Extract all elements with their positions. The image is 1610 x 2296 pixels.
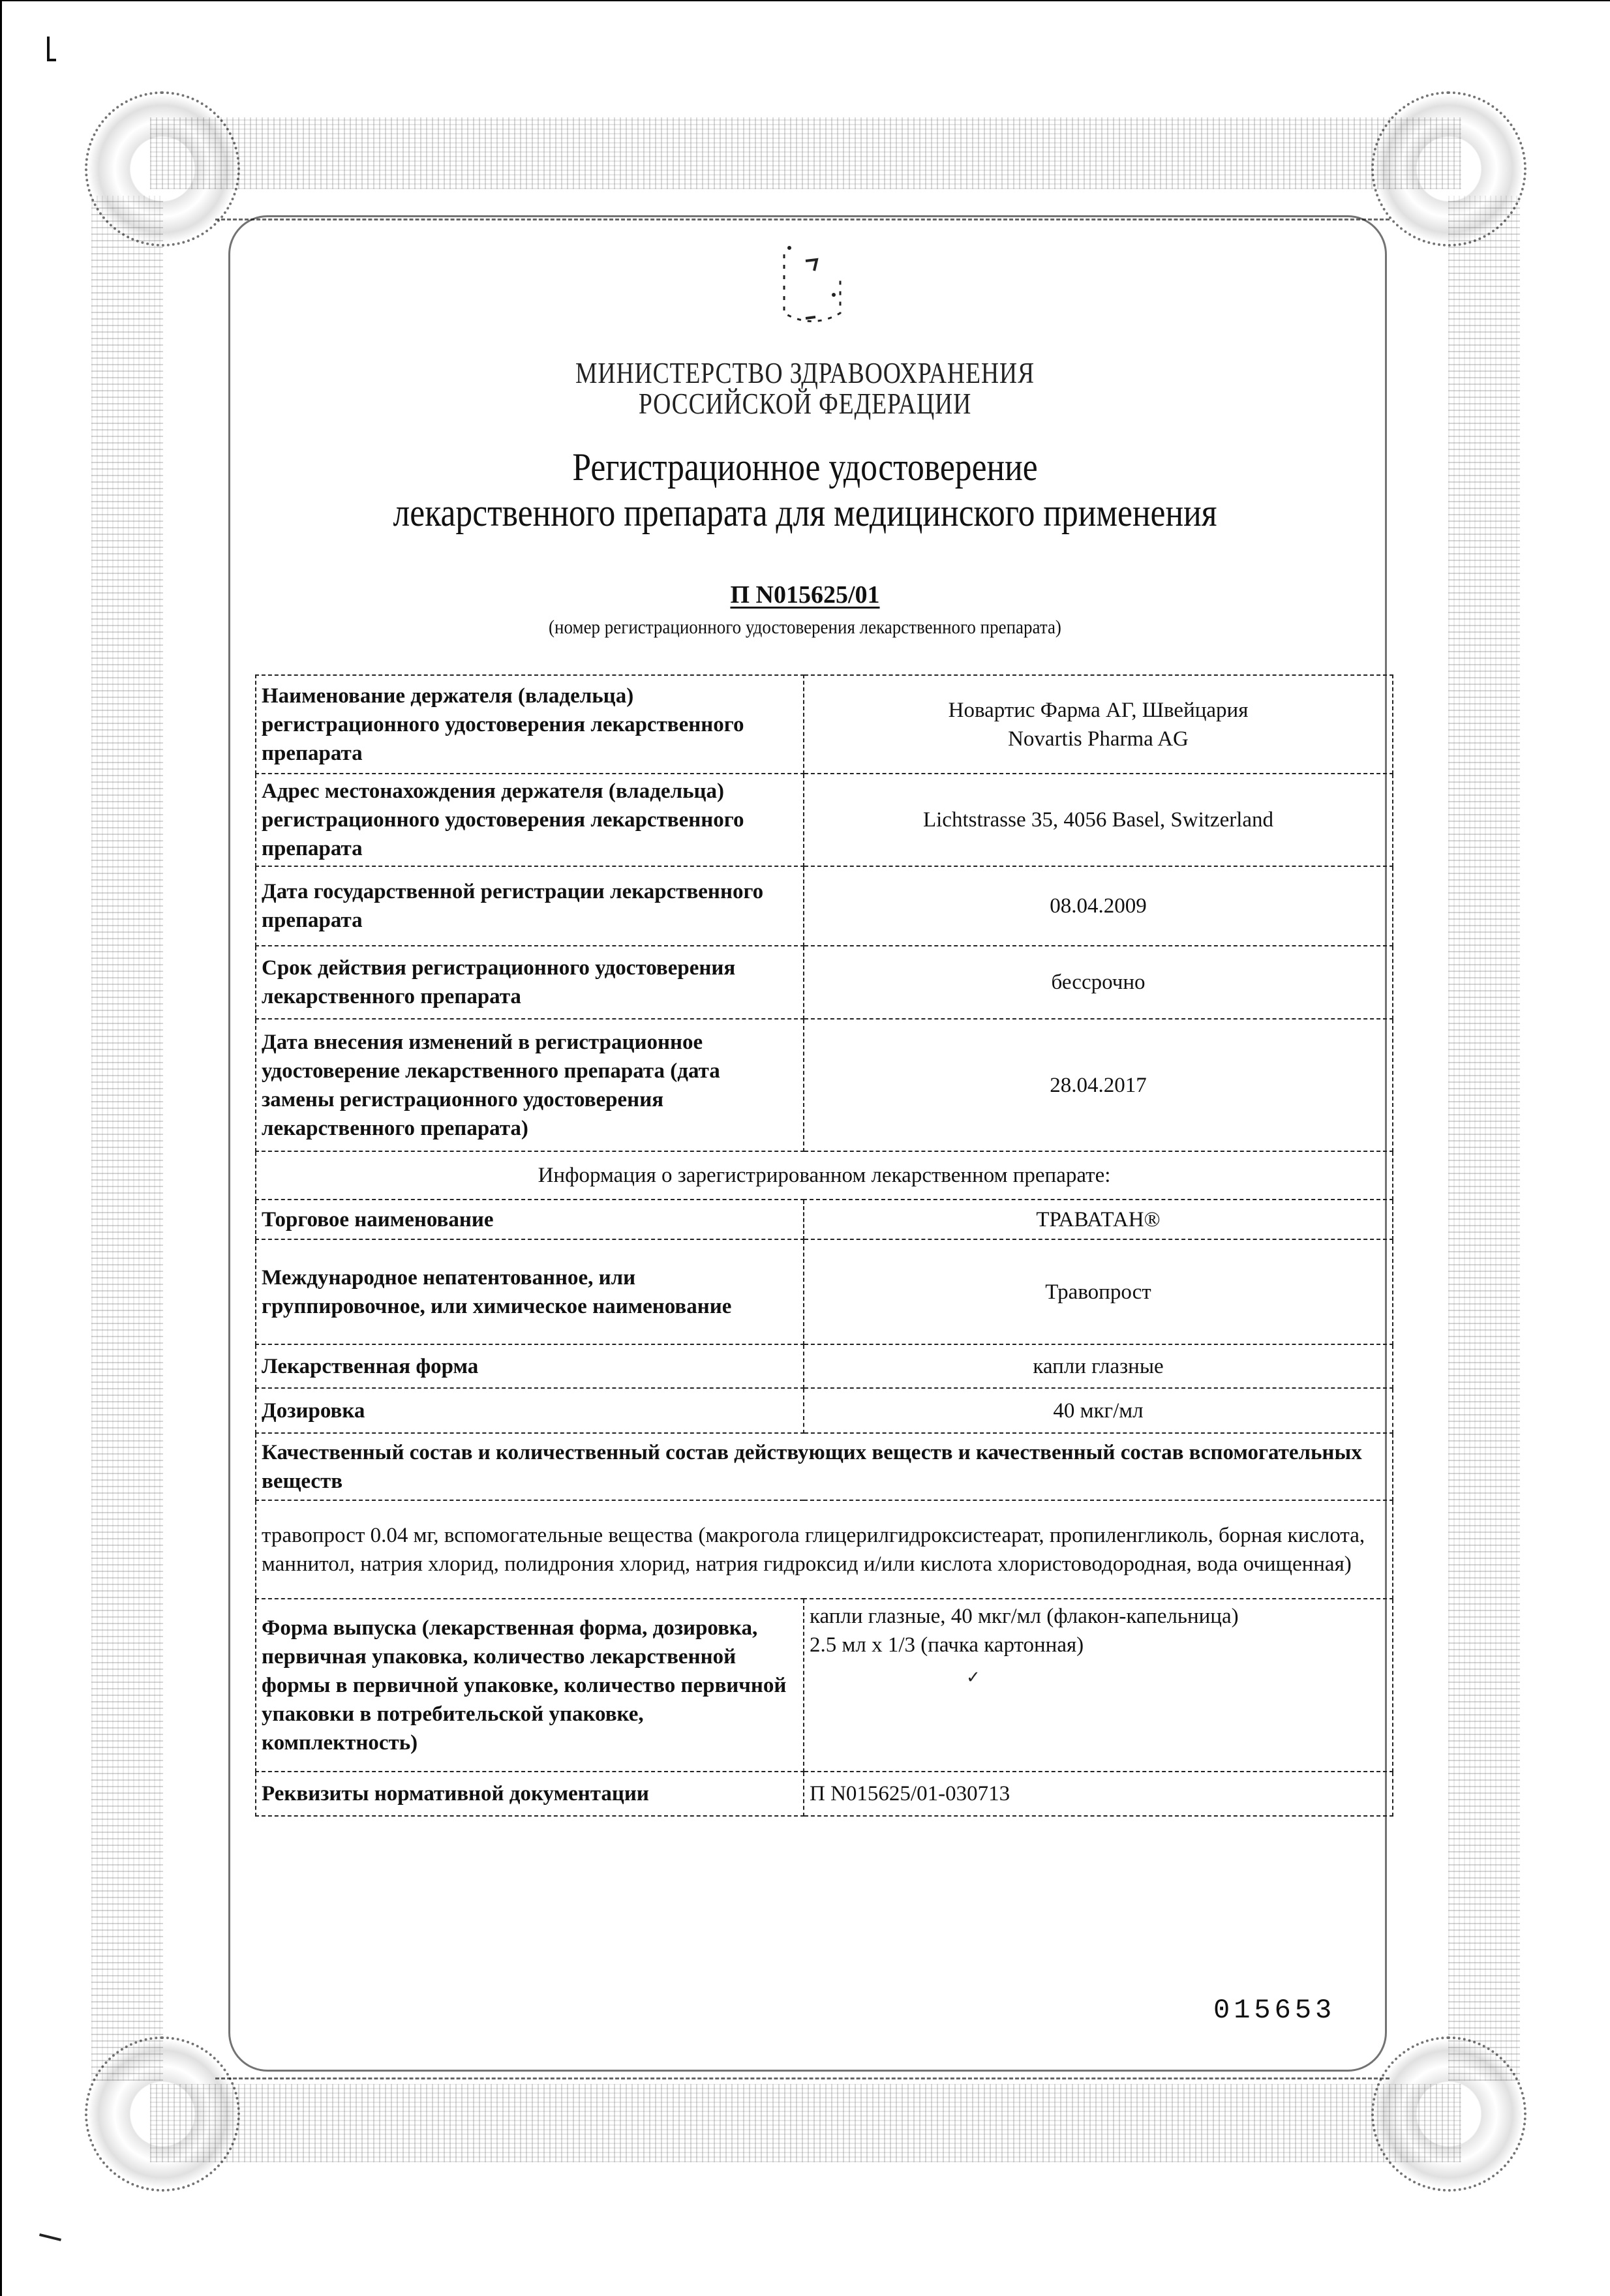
table-row-inn: Международное непатентованное, или групп…	[256, 1239, 1393, 1344]
dosage-form-label: Лекарственная форма	[256, 1344, 804, 1388]
coat-of-arms-emblem-icon	[776, 241, 848, 333]
composition-text: травопрост 0.04 мг, вспомогательные веще…	[256, 1500, 1393, 1599]
dosage-label: Дозировка	[256, 1388, 804, 1433]
release-form-label: Форма выпуска (лекарственная форма, дози…	[256, 1599, 804, 1772]
table-row-composition-header: Качественный состав и количественный сос…	[256, 1433, 1393, 1500]
table-row-composition-text: травопрост 0.04 мг, вспомогательные веще…	[256, 1500, 1393, 1599]
holder-name-label: Наименование держателя (владельца) регис…	[256, 675, 804, 774]
inn-value: Травопрост	[804, 1239, 1393, 1344]
ministry-name-line2: РОССИЙСКОЙ ФЕДЕРАЦИИ	[145, 386, 1465, 421]
ministry-name-line1: МИНИСТЕРСТВО ЗДРАВООХРАНЕНИЯ	[145, 355, 1465, 390]
holder-name-ru: Новартис Фарма АГ, Швейцария	[810, 696, 1387, 725]
trade-name-value: ТРАВАТАН®	[804, 1200, 1393, 1239]
rosette-ornament-icon	[85, 91, 240, 247]
table-row-trade-name: Торговое наименование ТРАВАТАН®	[256, 1200, 1393, 1239]
release-form-value: капли глазные, 40 мкг/мл (флакон-капельн…	[804, 1599, 1393, 1772]
document-title-line2: лекарственного препарата для медицинског…	[113, 491, 1497, 536]
frame-rule-top	[215, 219, 1390, 220]
rosette-ornament-icon	[1371, 91, 1526, 247]
table-row-holder-address: Адрес местонахождения держателя (владель…	[256, 774, 1393, 866]
dosage-value: 40 мкг/мл	[804, 1388, 1393, 1433]
certificate-table: Наименование держателя (владельца) регис…	[255, 674, 1393, 1817]
document-title-line1: Регистрационное удостоверение	[113, 445, 1497, 490]
holder-address-value: Lichtstrasse 35, 4056 Basel, Switzerland	[804, 774, 1393, 866]
scan-corner-mark	[47, 37, 56, 61]
handwritten-check-icon: ✓	[966, 1663, 1387, 1692]
frame-band-top	[150, 117, 1461, 189]
table-row-release-form: Форма выпуска (лекарственная форма, дози…	[256, 1599, 1393, 1772]
normative-docs-label: Реквизиты нормативной документации	[256, 1772, 804, 1816]
release-form-line2: 2.5 мл x 1/3 (пачка картонная)	[810, 1631, 1387, 1659]
change-date-label: Дата внесения изменений в регистрационно…	[256, 1019, 804, 1151]
registration-date-label: Дата государственной регистрации лекарст…	[256, 866, 804, 946]
table-row-dosage: Дозировка 40 мкг/мл	[256, 1388, 1393, 1433]
validity-value: бессрочно	[804, 946, 1393, 1019]
table-row-dosage-form: Лекарственная форма капли глазные	[256, 1344, 1393, 1388]
drug-info-header: Информация о зарегистрированном лекарств…	[256, 1151, 1393, 1200]
release-form-line1: капли глазные, 40 мкг/мл (флакон-капельн…	[810, 1602, 1387, 1631]
composition-header: Качественный состав и количественный сос…	[256, 1433, 1393, 1500]
rosette-ornament-icon	[85, 2036, 240, 2192]
rosette-ornament-icon	[1371, 2036, 1526, 2192]
trade-name-label: Торговое наименование	[256, 1200, 804, 1239]
change-date-value: 28.04.2017	[804, 1019, 1393, 1151]
table-row-registration-date: Дата государственной регистрации лекарст…	[256, 866, 1393, 946]
holder-name-value: Новартис Фарма АГ, Швейцария Novartis Ph…	[804, 675, 1393, 774]
validity-label: Срок действия регистрационного удостовер…	[256, 946, 804, 1019]
scan-stray-mark	[39, 2233, 61, 2241]
registration-date-value: 08.04.2009	[804, 866, 1393, 946]
inn-label: Международное непатентованное, или групп…	[256, 1239, 804, 1344]
table-row-validity: Срок действия регистрационного удостовер…	[256, 946, 1393, 1019]
table-row-normative-docs: Реквизиты нормативной документации П N01…	[256, 1772, 1393, 1816]
table-row-change-date: Дата внесения изменений в регистрационно…	[256, 1019, 1393, 1151]
holder-address-label: Адрес местонахождения держателя (владель…	[256, 774, 804, 866]
registration-number-caption: (номер регистрационного удостоверения ле…	[80, 616, 1529, 639]
frame-rule-bottom	[215, 2077, 1390, 2079]
holder-name-en: Novartis Pharma AG	[810, 725, 1387, 753]
dosage-form-value: капли глазные	[804, 1344, 1393, 1388]
registration-number: П N015625/01	[0, 581, 1610, 609]
table-row-holder-name: Наименование держателя (владельца) регис…	[256, 675, 1393, 774]
table-row-info-header: Информация о зарегистрированном лекарств…	[256, 1151, 1393, 1200]
normative-docs-value: П N015625/01-030713	[804, 1772, 1393, 1816]
frame-band-bottom	[150, 2084, 1461, 2162]
form-serial-number: 015653	[1213, 1995, 1335, 2026]
